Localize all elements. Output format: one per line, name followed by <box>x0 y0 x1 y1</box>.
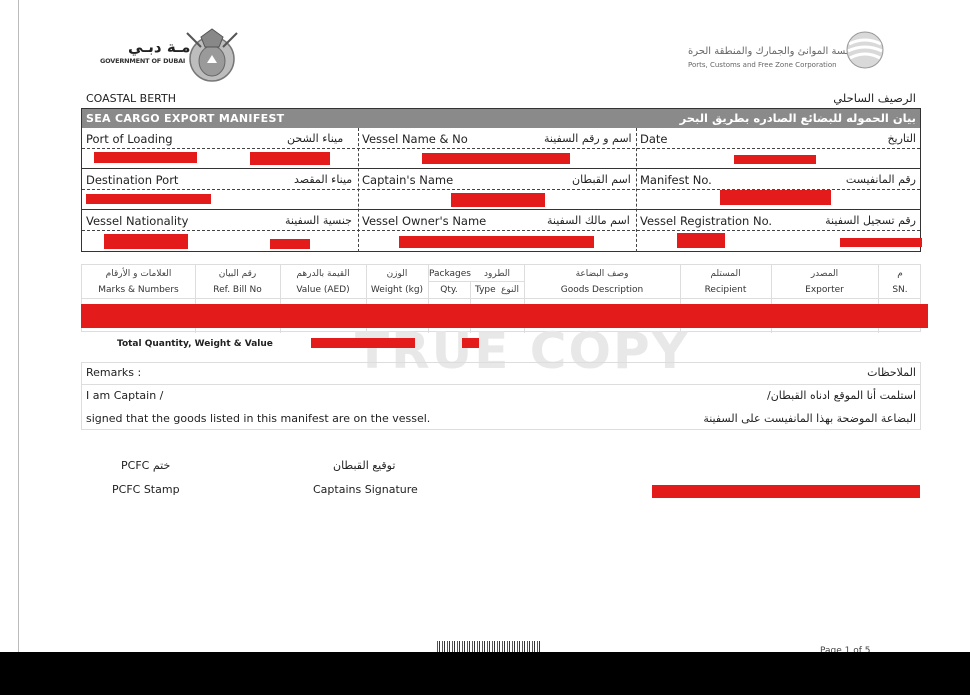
recipient-header-ar: المستلم <box>680 269 771 279</box>
gov-logo-en: GOVERNMENT OF DUBAI <box>100 57 185 65</box>
pcfc-stamp-label: PCFC Stamp <box>112 483 180 496</box>
exporter-header-ar: المصدر <box>771 269 878 279</box>
vessel-nationality-label: Vessel Nationality <box>86 214 188 228</box>
row-divider <box>82 168 920 169</box>
vessel-name-value-redacted <box>422 153 570 164</box>
berth-label-en: COASTAL BERTH <box>86 92 176 105</box>
manifest-title-en: SEA CARGO EXPORT MANIFEST <box>86 112 284 125</box>
captains-name-label-ar: اسم القبطان <box>572 173 631 186</box>
port-of-loading-label: Port of Loading <box>86 132 173 146</box>
vessel-registration-value-redacted <box>677 233 725 248</box>
row-divider <box>82 209 920 210</box>
vessel-name-label: Vessel Name & No <box>362 132 468 146</box>
recipient-header: Recipient <box>680 285 771 295</box>
berth-label-ar: الرصيف الساحلي <box>833 91 916 105</box>
captains-signature-label: Captains Signature <box>313 483 418 496</box>
pcfc-logo-en: Ports, Customs and Free Zone Corporation <box>688 61 837 69</box>
packages-header: Packages <box>429 269 471 279</box>
captains-signature-label-ar: توقيع القبطان <box>333 459 395 472</box>
manifest-no-value-redacted <box>720 190 831 205</box>
total-label: Total Quantity, Weight & Value <box>117 339 273 349</box>
manifest-title-bar: SEA CARGO EXPORT MANIFEST بيان الحموله ل… <box>82 109 920 128</box>
date-label-ar: التاريخ <box>887 132 916 145</box>
sn-header: SN. <box>878 285 922 295</box>
captains-name-label: Captain's Name <box>362 173 453 187</box>
remarks-box: Remarks : الملاحظات I am Captain / استلم… <box>81 362 921 430</box>
type-header: Type <box>475 285 496 295</box>
vessel-owner-value-redacted <box>399 236 594 248</box>
manifest-details-table: SEA CARGO EXPORT MANIFEST بيان الحموله ل… <box>81 108 921 252</box>
packages-header-divider <box>428 281 524 282</box>
vessel-registration-label-ar: رقم تسجيل السفينة <box>825 214 916 227</box>
column-divider <box>636 128 637 252</box>
total-value-redacted <box>311 338 415 348</box>
manifest-no-label: Manifest No. <box>640 173 712 187</box>
qty-header: Qty. <box>428 285 470 295</box>
dubai-emblem-icon <box>183 25 241 83</box>
column-divider <box>358 128 359 252</box>
signature-area-redacted <box>652 485 920 498</box>
type-header-ar: النوع <box>501 285 519 295</box>
port-of-loading-value-redacted <box>94 152 197 163</box>
total-value-redacted-2 <box>462 338 479 348</box>
captain-declaration-ar: استلمت أنا الموقع ادناه القبطان/ <box>767 389 916 402</box>
marks-header-ar: العلامات و الأرقام <box>82 269 195 279</box>
bottom-black-bar <box>0 652 970 695</box>
ref-bill-header-ar: رقم البيان <box>195 269 280 279</box>
goods-statement: signed that the goods listed in this man… <box>86 412 430 425</box>
vessel-name-label-ar: اسم و رقم السفينة <box>544 132 632 145</box>
captains-name-value-redacted <box>451 193 545 207</box>
port-of-loading-ar-value-redacted <box>250 152 330 165</box>
goods-description-header-ar: وصف البضاعة <box>524 269 680 279</box>
marks-header: Marks & Numbers <box>82 285 195 295</box>
destination-port-label-ar: ميناء المقصد <box>294 173 352 186</box>
vessel-owner-label: Vessel Owner's Name <box>362 214 486 228</box>
vessel-registration-label: Vessel Registration No. <box>640 214 772 228</box>
value-header: Value (AED) <box>280 285 366 295</box>
page-edge <box>18 0 19 652</box>
manifest-title-ar: بيان الحموله للبضائع الصادره بطريق البحر <box>680 111 916 125</box>
pcfc-logo-ar: مؤسسة الموانئ والجمارك والمنطقة الحرة <box>688 46 865 57</box>
weight-header-ar: الوزن <box>366 269 428 279</box>
vessel-registration-ar-value-redacted <box>840 238 922 247</box>
weight-header: Weight (kg) <box>366 285 428 295</box>
header-bottom-line <box>82 298 920 299</box>
value-header-ar: القيمة بالدرهم <box>280 269 366 279</box>
remarks-label: Remarks : <box>86 366 141 379</box>
pcfc-stamp-label-ar: ختم PCFC <box>121 459 170 472</box>
port-of-loading-label-ar: ميناء الشحن <box>287 132 343 145</box>
barcode <box>437 641 541 652</box>
packages-header-ar: الطرود <box>484 269 510 279</box>
vessel-nationality-label-ar: جنسية السفينة <box>285 214 352 227</box>
destination-port-label: Destination Port <box>86 173 178 187</box>
vessel-nationality-ar-value-redacted <box>270 239 310 249</box>
goods-statement-ar: البضاعة الموضحة بهذا المانفيست على السفي… <box>703 412 916 425</box>
vessel-nationality-value-redacted <box>104 234 188 249</box>
sn-header-ar: م <box>878 269 922 279</box>
ref-bill-header: Ref. Bill No <box>195 285 280 295</box>
remarks-label-ar: الملاحظات <box>867 366 916 379</box>
goods-description-header: Goods Description <box>524 285 680 295</box>
document-page: حكومـة دبـي GOVERNMENT OF DUBAI مؤسسة ال… <box>0 0 970 652</box>
destination-port-value-redacted <box>86 194 211 204</box>
row-divider <box>82 384 920 385</box>
manifest-no-label-ar: رقم المانفيست <box>846 173 916 186</box>
captain-declaration: I am Captain / <box>86 389 163 402</box>
date-label: Date <box>640 132 668 146</box>
pcfc-globe-icon <box>845 30 885 70</box>
row-divider <box>82 230 920 231</box>
exporter-header: Exporter <box>771 285 878 295</box>
row-divider <box>82 148 920 149</box>
vessel-owner-label-ar: اسم مالك السفينة <box>547 214 630 227</box>
date-value-redacted <box>734 155 816 164</box>
